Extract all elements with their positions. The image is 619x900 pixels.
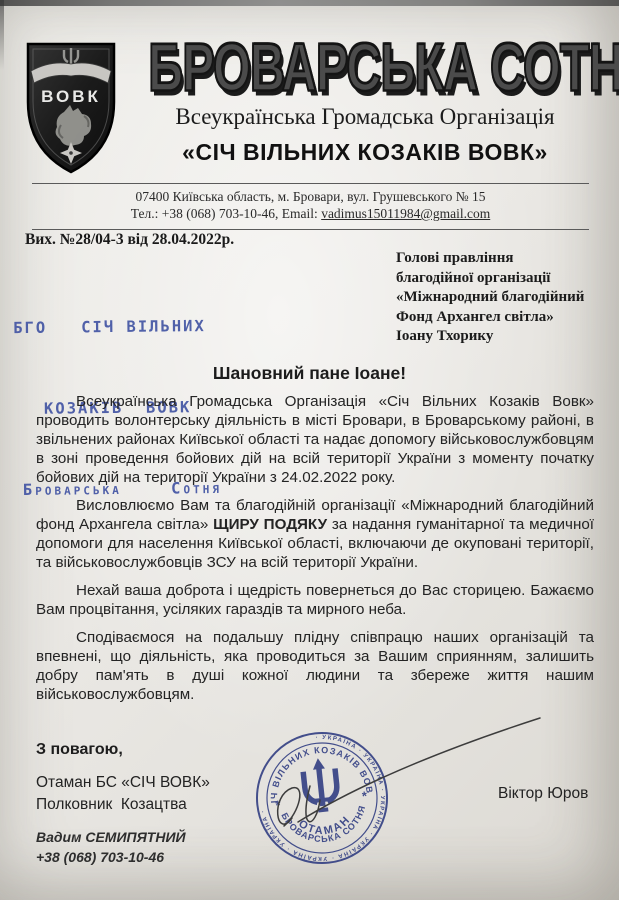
closing-label: З повагою,	[36, 741, 123, 759]
wolf-shield-badge: ВОВК	[18, 30, 124, 180]
photo-top-edge	[0, 0, 619, 6]
page-title: БРОВАРСЬКА СОТНЯ	[148, 26, 582, 124]
photo-left-edge	[0, 0, 4, 70]
org-name-label: «СІЧ ВІЛЬНИХ КОЗАКІВ ВОВК»	[124, 139, 606, 166]
phone-label: Тел.: +38 (068) 703-10-46, Email:	[131, 206, 321, 221]
body-paragraph-2: Висловлюємо Вам та благодійній організац…	[36, 496, 594, 572]
recipient-line: «Міжнародний благодійний	[396, 288, 591, 308]
signer-phone: +38 (068) 703-10-46	[36, 849, 164, 865]
letterhead-contact-block: 07400 Київська область, м. Бровари, вул.…	[32, 183, 589, 230]
corner-stamp-line: БГО СІЧ ВІЛЬНИХ	[13, 313, 220, 342]
signer-name: Вадим СЕМИПЯТНИЙ	[36, 829, 186, 845]
signature-loop	[278, 788, 300, 826]
recipient-line: Голові правління	[396, 249, 591, 269]
letterhead: БРОВАРСЬКА СОТНЯ Всеукраїнська Громадськ…	[124, 26, 606, 166]
contact-line: Тел.: +38 (068) 703-10-46, Email: vadimu…	[32, 205, 589, 222]
signer-title: Отаман БС «СІЧ ВОВК»	[36, 774, 210, 792]
body-paragraph-3: Нехай ваша доброта і щедрість повернетьс…	[36, 581, 594, 619]
handwritten-signature	[240, 700, 560, 840]
letter-body: Всеукраїнська Громадська Організація «Сі…	[36, 392, 594, 713]
badge-label: ВОВК	[41, 87, 101, 106]
address-line: 07400 Київська область, м. Бровари, вул.…	[32, 188, 589, 205]
signer-rank: Полковник Козацтва	[36, 796, 187, 814]
body-paragraph-1: Всеукраїнська Громадська Організація «Сі…	[36, 392, 594, 487]
recipient-block: Голові правління благодійної організації…	[396, 249, 591, 347]
p2-bold-phrase: ЩИРУ ПОДЯКУ	[213, 516, 327, 533]
reference-number: Вих. №28/04-3 від 28.04.2022р.	[25, 231, 234, 249]
signature-main-stroke	[298, 718, 540, 822]
recipient-line: Іоану Тхорику	[396, 327, 591, 347]
salutation: Шановний пане Іоане!	[0, 363, 619, 384]
email-text: vadimus15011984@gmail.com	[321, 206, 490, 221]
scanned-letter-page: ВОВК БРОВАРСЬКА СОТНЯ Всеукраїнська Гром…	[0, 0, 619, 900]
recipient-line: благодійної організації	[396, 269, 591, 289]
recipient-line: Фонд Архангел світла»	[396, 308, 591, 328]
body-paragraph-4: Сподіваємося на подальшу плідну співпрац…	[36, 628, 594, 704]
